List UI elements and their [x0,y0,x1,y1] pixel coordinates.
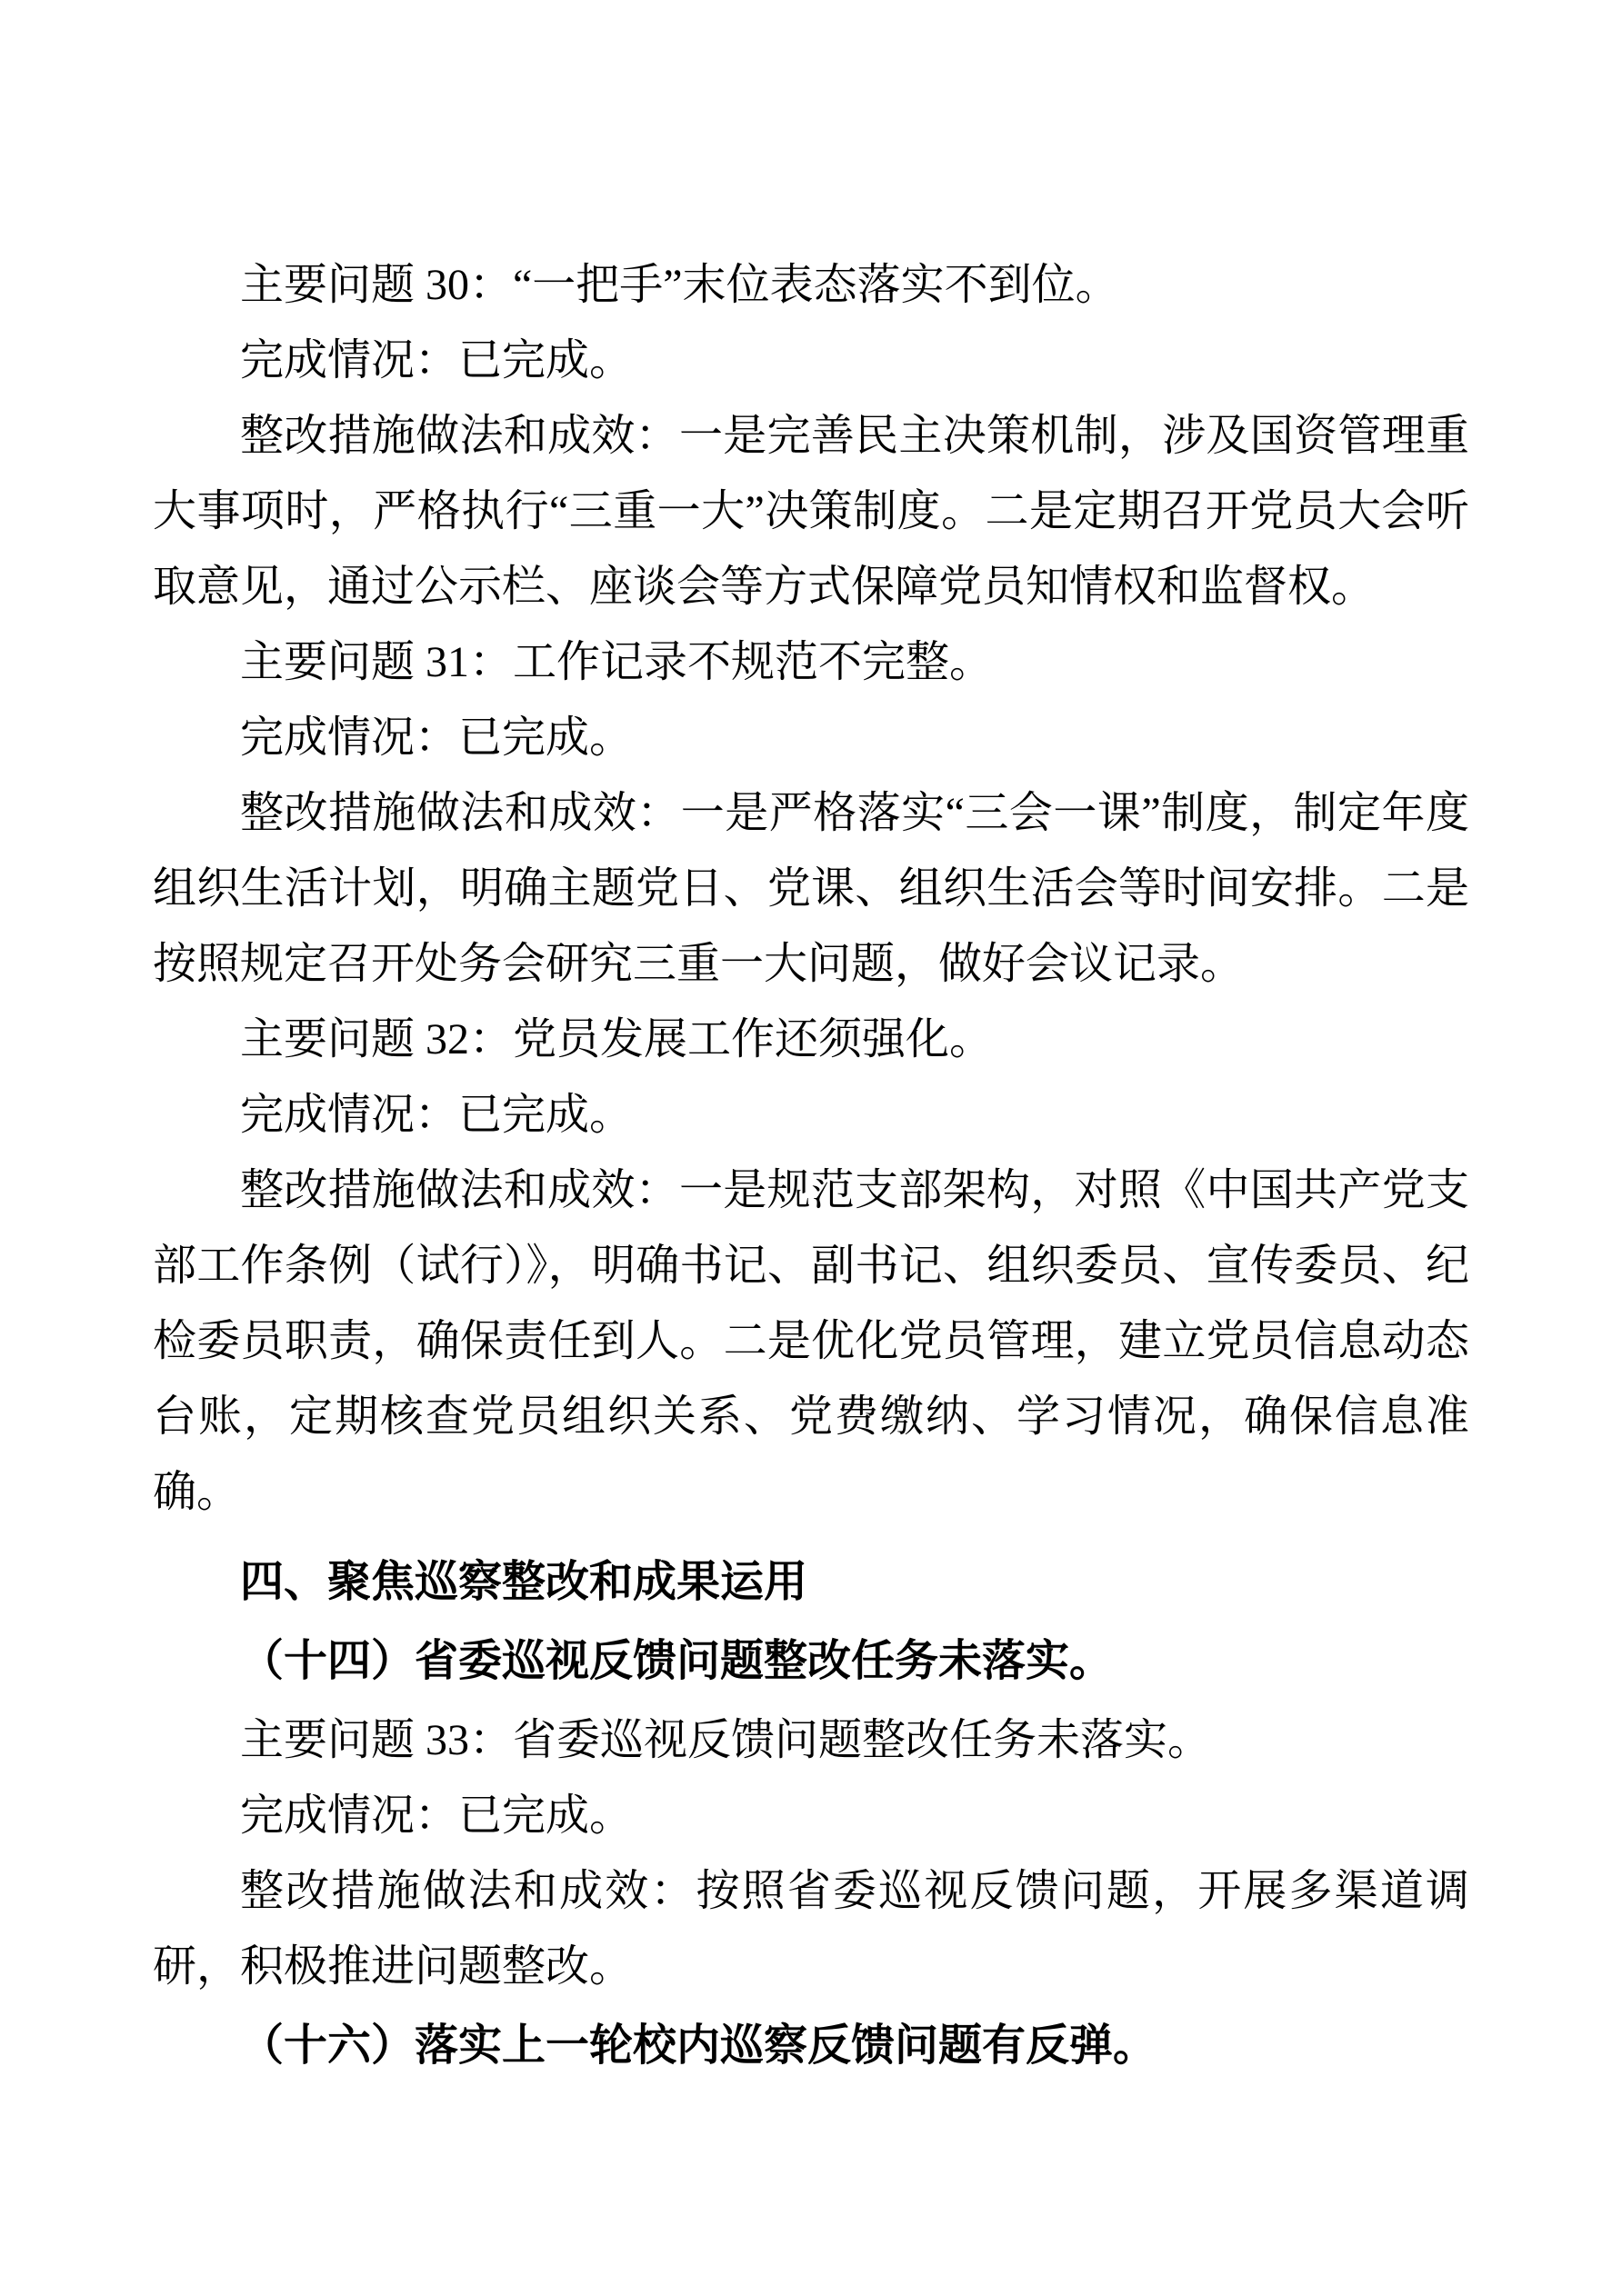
paragraph: 整改措施做法和成效：一是严格落实“三会一课”制度，制定年度组织生活计划，明确主题… [153,775,1469,1002]
paragraph: 完成情况：已完成。 [153,700,1469,775]
document-content: 主要问题 30：“一把手”末位表态落实不到位。完成情况：已完成。整改措施做法和成… [153,247,1469,2087]
section-heading: 四、聚焦巡察整改和成果运用 [153,1544,1469,1620]
subsection-heading: （十四）省委巡视反馈问题整改任务未落实。 [153,1623,1469,1699]
paragraph: 完成情况：已完成。 [153,323,1469,398]
paragraph: 整改措施做法和成效：一是完善民主决策机制，涉及国资管理重大事项时，严格执行“三重… [153,398,1469,624]
paragraph: 完成情况：已完成。 [153,1778,1469,1853]
paragraph: 主要问题 32：党员发展工作还须强化。 [153,1002,1469,1077]
document-page: 主要问题 30：“一把手”末位表态落实不到位。完成情况：已完成。整改措施做法和成… [0,0,1622,2296]
paragraph: 整改措施做法和成效：按照省委巡视反馈问题，开展多渠道调研，积极推进问题整改。 [153,1853,1469,2004]
paragraph: 完成情况：已完成。 [153,1077,1469,1153]
paragraph: 主要问题 30：“一把手”末位表态落实不到位。 [153,247,1469,323]
document-body: { "document": { "background_color": "#ff… [0,0,1622,2296]
paragraph: 主要问题 33：省委巡视反馈问题整改任务未落实。 [153,1702,1469,1778]
subsection-heading: （十六）落实上一轮校内巡察反馈问题有反弹。 [153,2008,1469,2083]
paragraph: 主要问题 31：工作记录不规范不完整。 [153,624,1469,700]
paragraph: 整改措施做法和成效：一是规范支部架构，对照《中国共产党支部工作条例（试行）》，明… [153,1153,1469,1530]
